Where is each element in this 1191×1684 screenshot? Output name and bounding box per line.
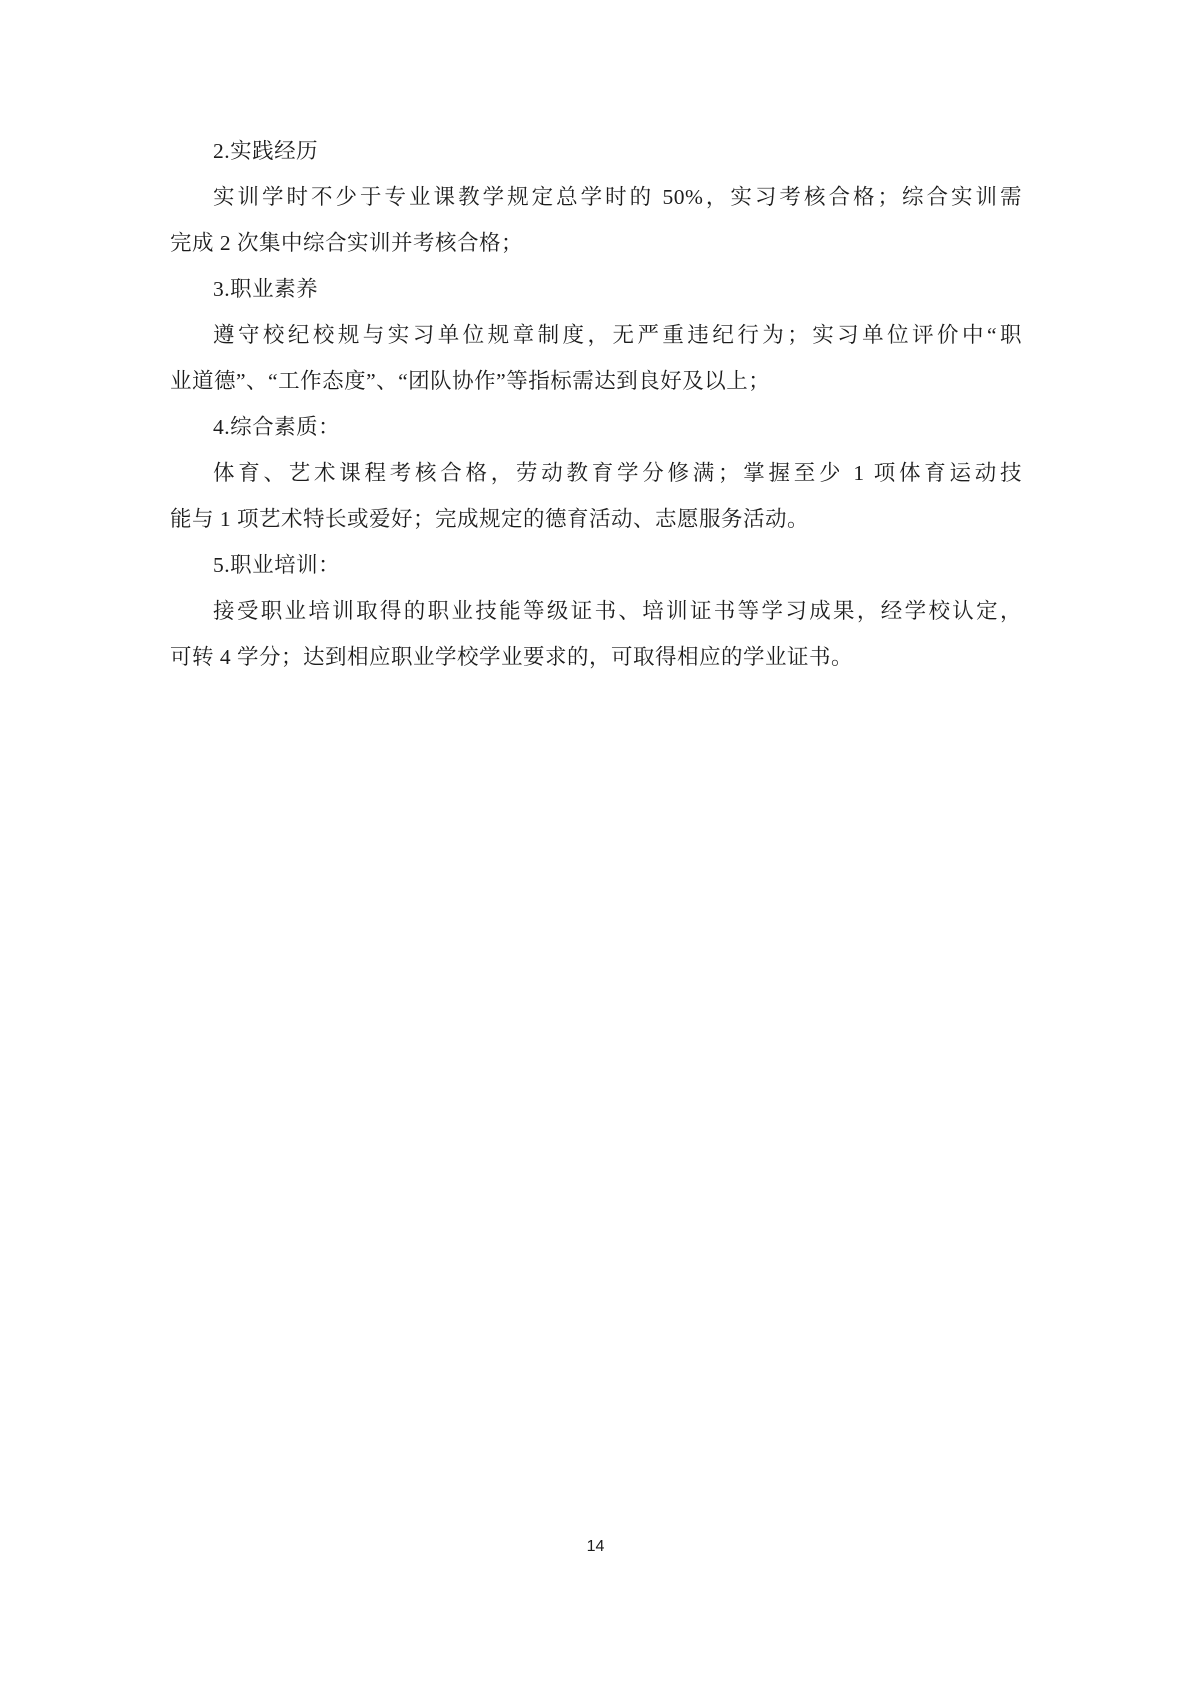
text-line: 能与 1 项艺术特长或爱好；完成规定的德育活动、志愿服务活动。 [170, 496, 1022, 542]
section-heading: 2.实践经历 [170, 128, 1022, 174]
text-line: 可转 4 学分；达到相应职业学校学业要求的，可取得相应的学业证书。 [170, 634, 1022, 680]
section-heading: 3.职业素养 [170, 266, 1022, 312]
page-number: 14 [587, 1538, 605, 1555]
text-line: 业道德”、“工作态度”、“团队协作”等指标需达到良好及以上； [170, 358, 1022, 404]
text-line: 体育、艺术课程考核合格，劳动教育学分修满；掌握至少 1 项体育运动技 [170, 450, 1022, 496]
text-line: 接受职业培训取得的职业技能等级证书、培训证书等学习成果，经学校认定， [170, 588, 1022, 634]
page-footer: 14 [0, 1538, 1191, 1556]
text-line: 遵守校纪校规与实习单位规章制度，无严重违纪行为；实习单位评价中“职 [170, 312, 1022, 358]
document-text-block: 2.实践经历 实训学时不少于专业课教学规定总学时的 50%，实习考核合格；综合实… [170, 128, 1022, 680]
text-line: 完成 2 次集中综合实训并考核合格； [170, 220, 1022, 266]
document-page: 2.实践经历 实训学时不少于专业课教学规定总学时的 50%，实习考核合格；综合实… [0, 0, 1191, 1684]
section-heading: 5.职业培训： [170, 542, 1022, 588]
section-heading: 4.综合素质： [170, 404, 1022, 450]
text-line: 实训学时不少于专业课教学规定总学时的 50%，实习考核合格；综合实训需 [170, 174, 1022, 220]
